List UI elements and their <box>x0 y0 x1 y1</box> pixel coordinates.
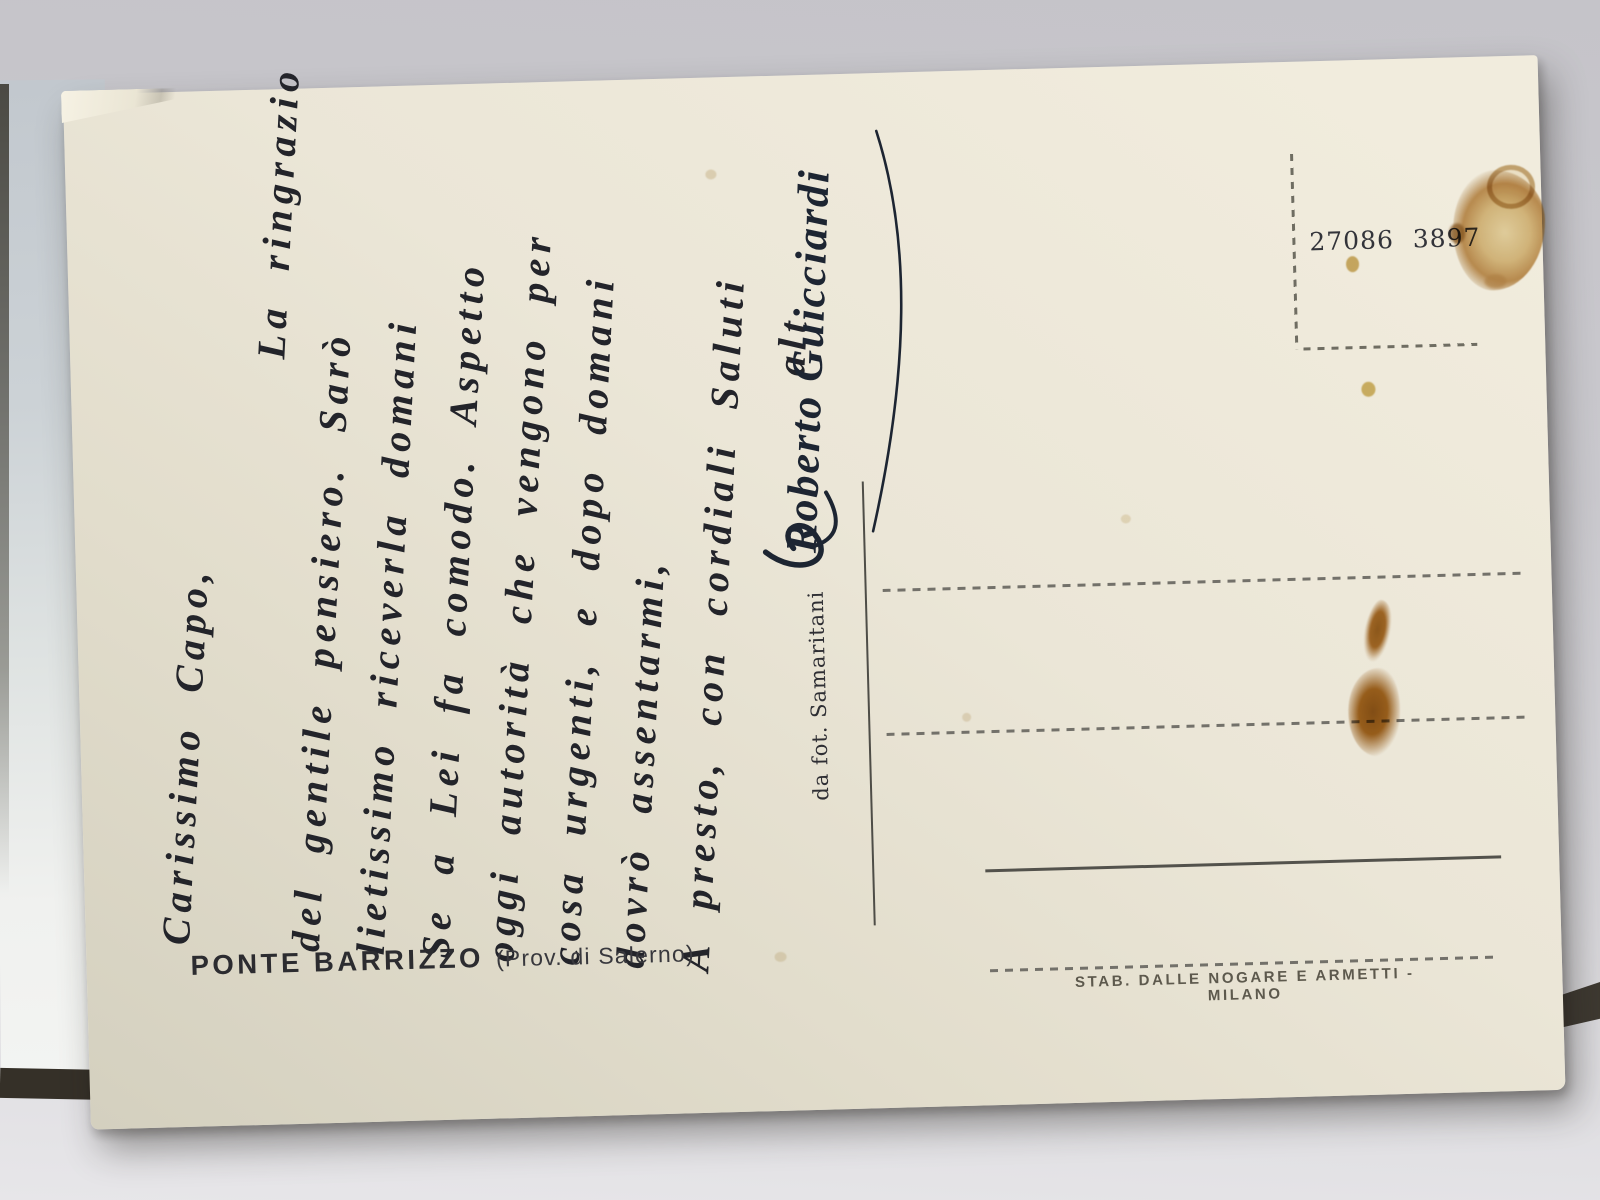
message-line: del gentile pensiero. Sarò <box>273 111 381 953</box>
printer-imprint: STAB. DALLE NOGARE E ARMETTI - MILANO <box>1052 964 1438 1008</box>
stamp-box <box>1290 154 1298 350</box>
damaged-corner <box>61 86 237 123</box>
handwritten-message: Carissimo Capo, La ringrazio del gentile… <box>143 104 835 976</box>
postcard-photo: Carissimo Capo, La ringrazio del gentile… <box>0 0 1600 1200</box>
foxing-spot <box>1121 514 1131 523</box>
message-line: Carissimo Capo, <box>143 104 251 946</box>
caption-subtitle: (Prov. di Salerno) <box>496 940 695 971</box>
message-line: Se a Lei fa comodo. Aspetto <box>403 118 511 960</box>
stain-mid-right-large <box>1345 666 1404 758</box>
serial-number: 27086 3897 <box>1307 223 1483 257</box>
foxing-spot <box>774 952 786 962</box>
foxing-spot <box>1346 256 1359 272</box>
message-line: oggi autorità che vengono per <box>468 121 576 963</box>
message-line: cosa urgenti, e dopo domani <box>532 124 640 966</box>
address-line-dashed <box>887 716 1531 736</box>
caption-title: PONTE BARRIZZO <box>190 942 484 981</box>
stain-ring <box>1486 164 1535 209</box>
foxing-spot <box>705 169 716 179</box>
foxing-spot <box>962 713 971 722</box>
address-line-solid <box>985 855 1501 871</box>
address-line-dashed <box>883 572 1525 592</box>
message-line: lietissimo riceverla domani <box>338 114 446 956</box>
message-line: La ringrazio <box>208 108 316 950</box>
foxing-spot <box>1361 382 1375 397</box>
stamp-box <box>1303 343 1477 350</box>
message-line: dovrò assentarmi, <box>597 128 705 970</box>
handwritten-signature: Roberto Guicciardi <box>776 168 840 554</box>
stain-mid-right-small <box>1358 598 1396 668</box>
photographer-credit: da fot. Samaritani <box>804 590 834 801</box>
message-line: A presto, con cordiali Saluti <box>662 131 770 973</box>
left-edge-shadow <box>0 84 9 894</box>
postcard-back: Carissimo Capo, La ringrazio del gentile… <box>63 55 1565 1130</box>
printed-caption: PONTE BARRIZZO(Prov. di Salerno) <box>190 936 695 982</box>
center-divider-line <box>862 481 876 925</box>
